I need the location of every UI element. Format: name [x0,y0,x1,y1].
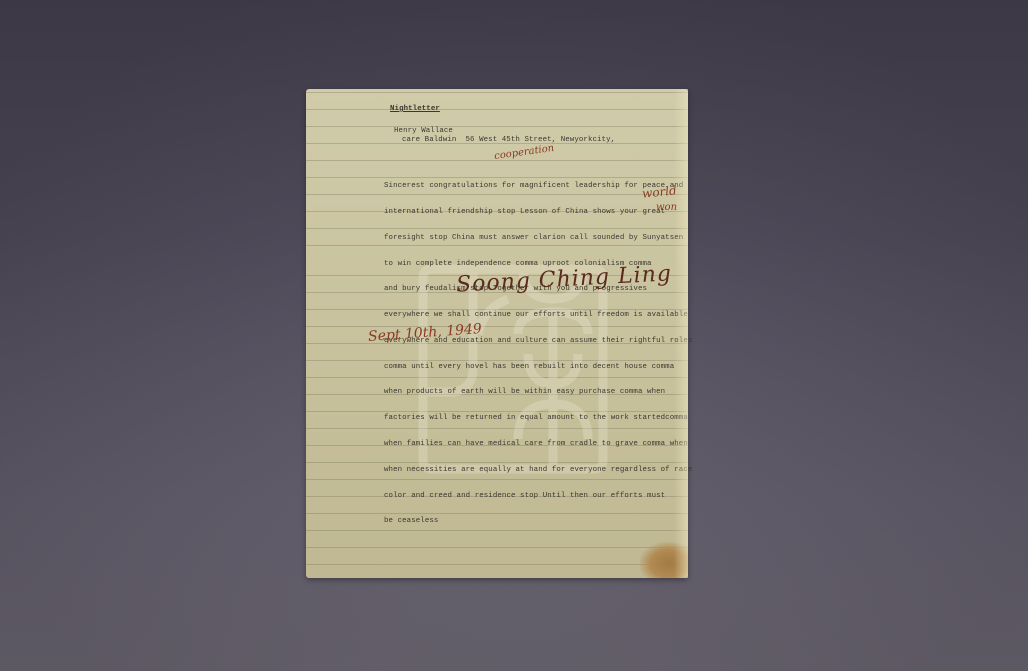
body-line: when necessities are equally at hand for… [384,466,692,475]
letter-heading: Nightletter [390,105,440,114]
body-line: international friendship stop Lesson of … [384,208,692,217]
letter-body: Sincerest congratulations for magnificen… [384,165,692,543]
body-line: when families can have medical care from… [384,440,692,449]
body-line: be ceaseless [384,517,692,526]
paper-stain [640,542,688,578]
body-line: when products of earth will be within ea… [384,388,692,397]
addressee-name: Henry Wallace [394,127,453,136]
body-line: factories will be returned in equal amou… [384,414,692,423]
body-line: color and creed and residence stop Until… [384,492,692,501]
body-line: everywhere we shall continue our efforts… [384,311,692,320]
letter-sheet: Nightletter Henry Wallace care Baldwin 5… [306,89,688,578]
handwritten-margin-note: won [656,202,677,213]
body-line: comma until every hovel has been rebuilt… [384,363,692,372]
handwritten-insertion: cooperation [494,143,555,162]
body-line: foresight stop China must answer clarion… [384,234,692,243]
addressee-address: care Baldwin 56 West 45th Street, Newyor… [402,136,615,145]
